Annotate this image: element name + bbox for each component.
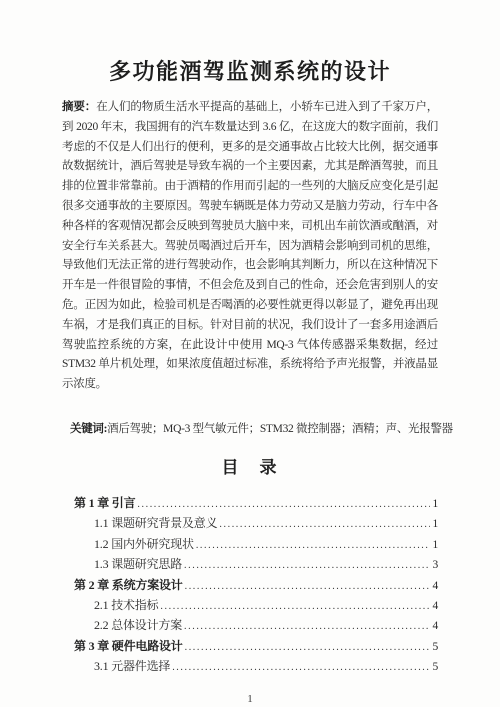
toc-entry-page-number: 5 <box>432 658 438 676</box>
toc-entry-page-number: 3 <box>432 556 438 574</box>
dot-leader: ........................................… <box>184 618 430 636</box>
toc-entry: 1.2 国内外研究现状 ............................… <box>62 535 438 555</box>
toc-entry-label: 1.1 课题研究背景及意义 <box>94 514 217 532</box>
toc-entry-label: 第 3 章 硬件电路设计 <box>74 637 183 655</box>
toc-entry-page-number: 4 <box>432 617 438 635</box>
toc-entry-page-number: 5 <box>432 638 438 656</box>
dot-leader: ........................................… <box>219 516 430 534</box>
toc-entry-page-number: 1 <box>432 536 438 554</box>
toc-entry: 2.2 总体设计方案 .............................… <box>62 616 438 636</box>
toc-entry-label: 2.2 总体设计方案 <box>94 616 182 634</box>
keywords-label: 关键词: <box>70 423 107 435</box>
abstract-label: 摘要： <box>62 101 96 113</box>
toc-entry-page-number: 1 <box>432 495 438 513</box>
toc-entry: 2.1 技术指标 ...............................… <box>62 596 438 616</box>
toc-heading: 目 录 <box>62 453 438 478</box>
abstract-text: 在人们的物质生活水平提高的基础上，小轿车已进入到了千家万户，到 2020 年末，… <box>62 101 438 390</box>
toc-entry: 1.3 课题研究思路 .............................… <box>62 555 438 575</box>
toc-entry-label: 2.1 技术指标 <box>94 596 158 614</box>
dot-leader: ........................................… <box>137 496 430 514</box>
dot-leader: ........................................… <box>172 659 430 677</box>
dot-leader: ........................................… <box>185 639 431 657</box>
toc-entry-label: 1.3 课题研究思路 <box>94 555 182 573</box>
toc-entry-page-number: 1 <box>432 515 438 533</box>
dot-leader: ........................................… <box>160 598 430 616</box>
dot-leader: ........................................… <box>184 557 430 575</box>
toc-entry-label: 3.1 元器件选择 <box>94 657 170 675</box>
toc-entry-page-number: 4 <box>432 577 438 595</box>
toc-entry-page-number: 4 <box>432 597 438 615</box>
toc-entry: 3.1 元器件选择 ..............................… <box>62 657 438 677</box>
keywords-line: 关键词:酒后驾驶；MQ-3 型气敏元件；STM32 微控制器；酒精；声、光报警器 <box>62 420 438 438</box>
page-number: 1 <box>62 693 438 705</box>
toc-entry-label: 1.2 国内外研究现状 <box>94 535 194 553</box>
toc-entry-label: 第 2 章 系统方案设计 <box>74 576 183 594</box>
toc-entry: 第 3 章 硬件电路设计 ...........................… <box>62 637 438 657</box>
page-title: 多功能酒驾监测系统的设计 <box>62 55 438 86</box>
document-page: 多功能酒驾监测系统的设计 摘要：在人们的物质生活水平提高的基础上，小轿车已进入到… <box>0 0 500 707</box>
toc-entry: 1.1 课题研究背景及意义 ..........................… <box>62 514 438 534</box>
toc-list: 第 1 章 引言 ...............................… <box>62 494 438 678</box>
toc-entry-label: 第 1 章 引言 <box>74 494 135 512</box>
toc-entry: 第 2 章 系统方案设计 ...........................… <box>62 576 438 596</box>
keywords-text: 酒后驾驶；MQ-3 型气敏元件；STM32 微控制器；酒精；声、光报警器 <box>107 423 453 435</box>
dot-leader: ........................................… <box>196 537 431 555</box>
dot-leader: ........................................… <box>185 578 431 596</box>
toc-entry: 第 1 章 引言 ...............................… <box>62 494 438 514</box>
abstract-paragraph: 摘要：在人们的物质生活水平提高的基础上，小轿车已进入到了千家万户，到 2020 … <box>62 98 438 395</box>
